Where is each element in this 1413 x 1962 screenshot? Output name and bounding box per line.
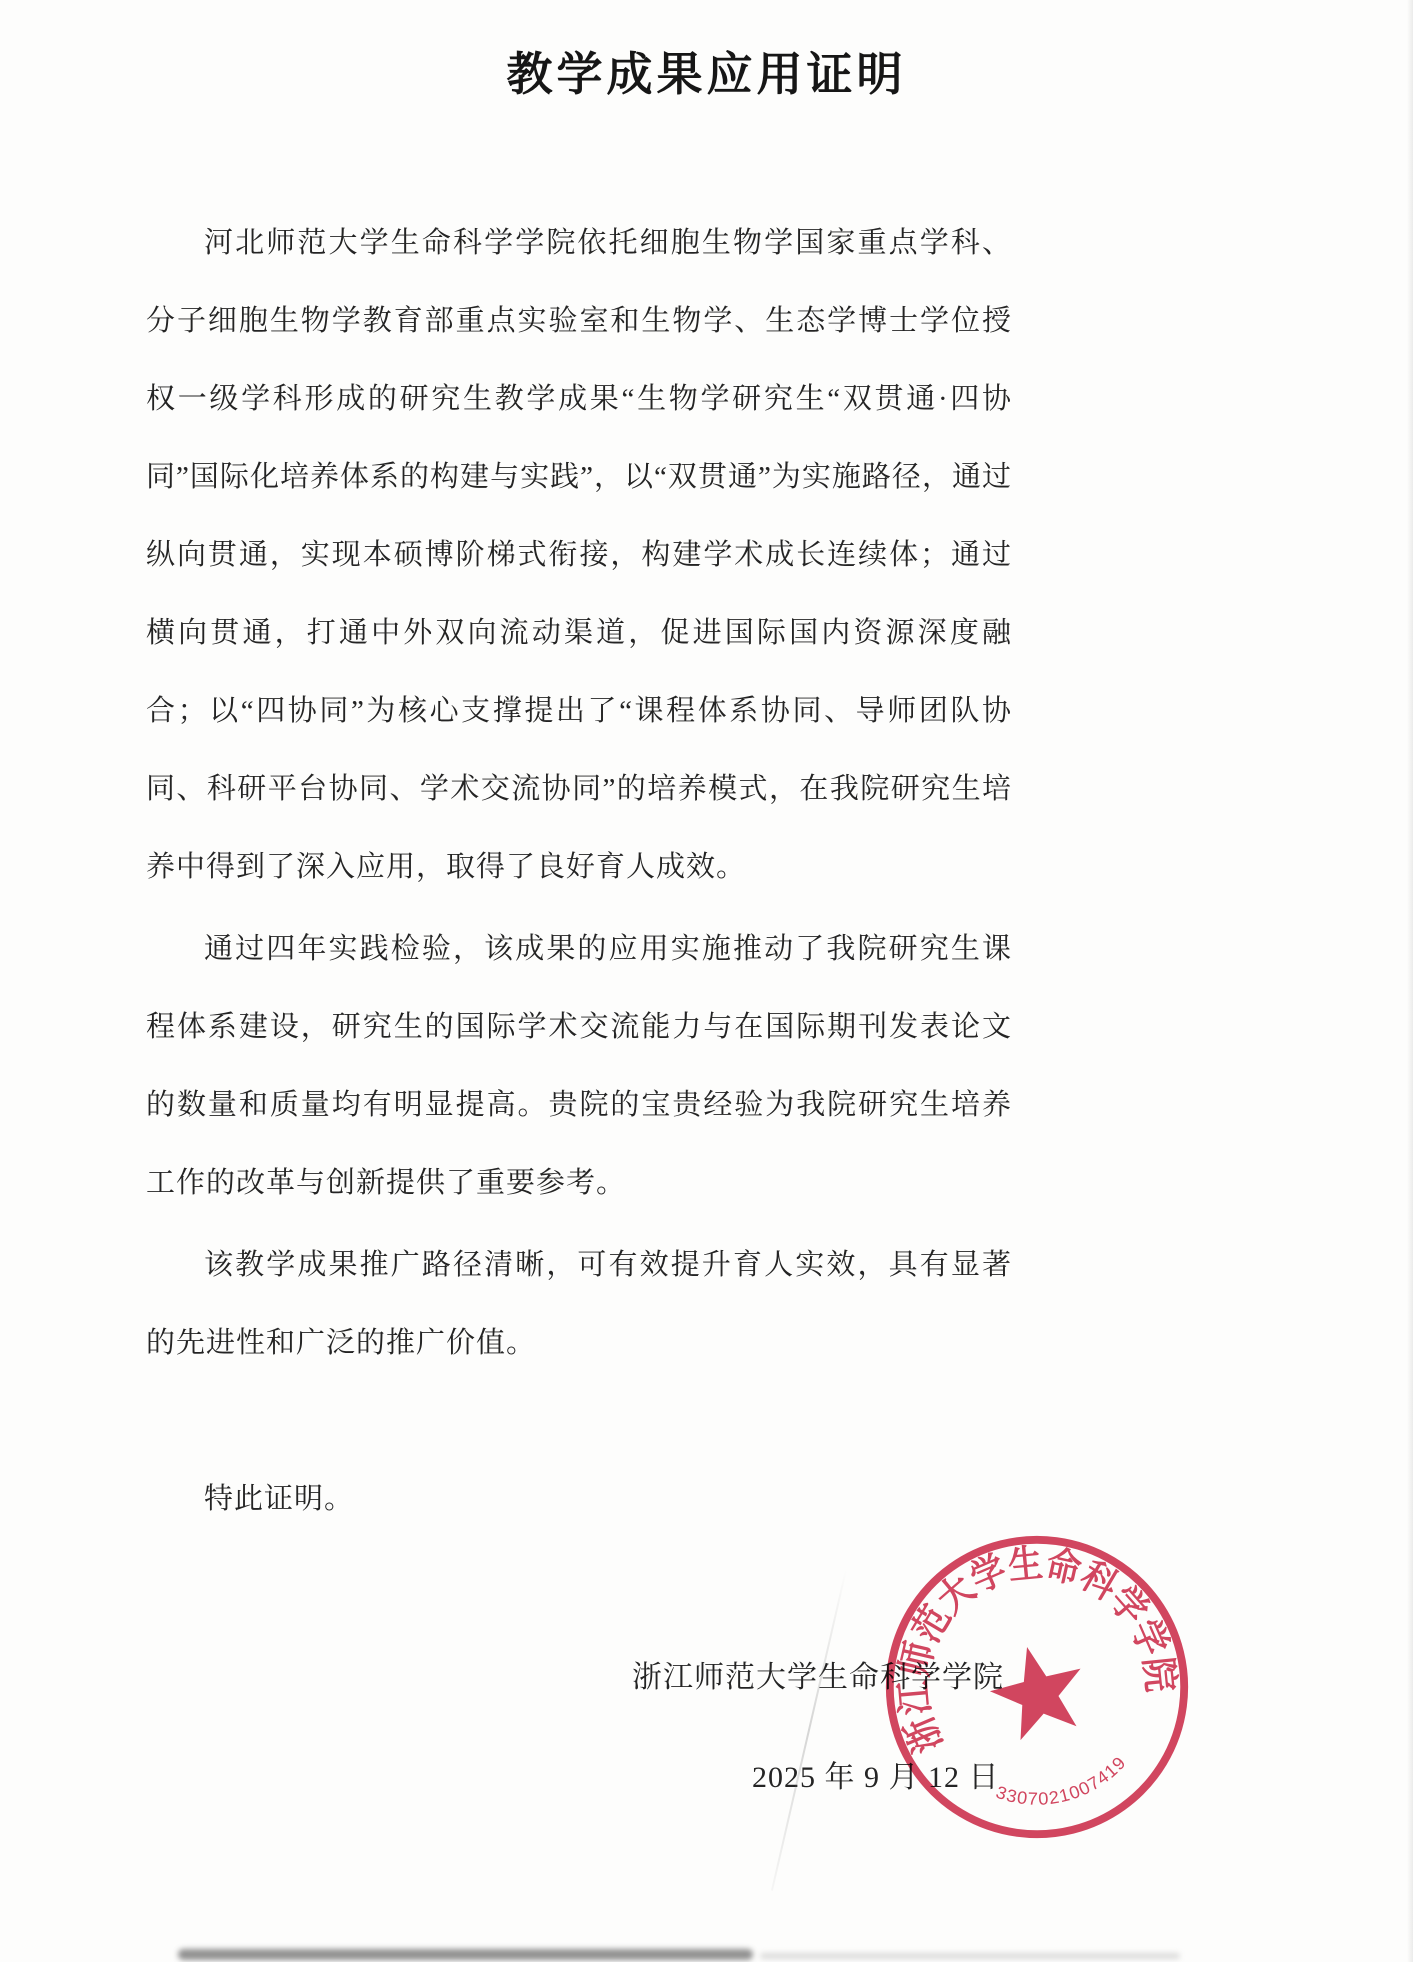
closing-statement: 特此证明。 <box>146 1460 1012 1538</box>
paragraph-2: 通过四年实践检验，该成果的应用实施推动了我院研究生课程体系建设，研究生的国际学术… <box>146 910 1012 1222</box>
certificate-page: 教学成果应用证明 河北师范大学生命科学学院依托细胞生物学国家重点学科、分子细胞生… <box>0 0 1413 1962</box>
star-icon <box>982 1636 1094 1745</box>
scan-edge-shadow <box>1407 0 1413 1962</box>
paragraph-3: 该教学成果推广路径清晰，可有效提升育人实效，具有显著的先进性和广泛的推广价值。 <box>146 1226 1012 1382</box>
scan-smudge-artifact-light <box>760 1953 1180 1959</box>
page-title: 教学成果应用证明 <box>0 38 1413 104</box>
document-body: 河北师范大学生命科学学院依托细胞生物学国家重点学科、分子细胞生物学教育部重点实验… <box>146 204 1012 1538</box>
paragraph-1: 河北师范大学生命科学学院依托细胞生物学国家重点学科、分子细胞生物学教育部重点实验… <box>146 204 1012 906</box>
scan-scratch-artifact <box>771 1569 847 1891</box>
official-seal: 浙江师范大学生命科学学院 3307021007419 <box>847 1497 1228 1878</box>
scan-smudge-artifact <box>178 1949 753 1960</box>
